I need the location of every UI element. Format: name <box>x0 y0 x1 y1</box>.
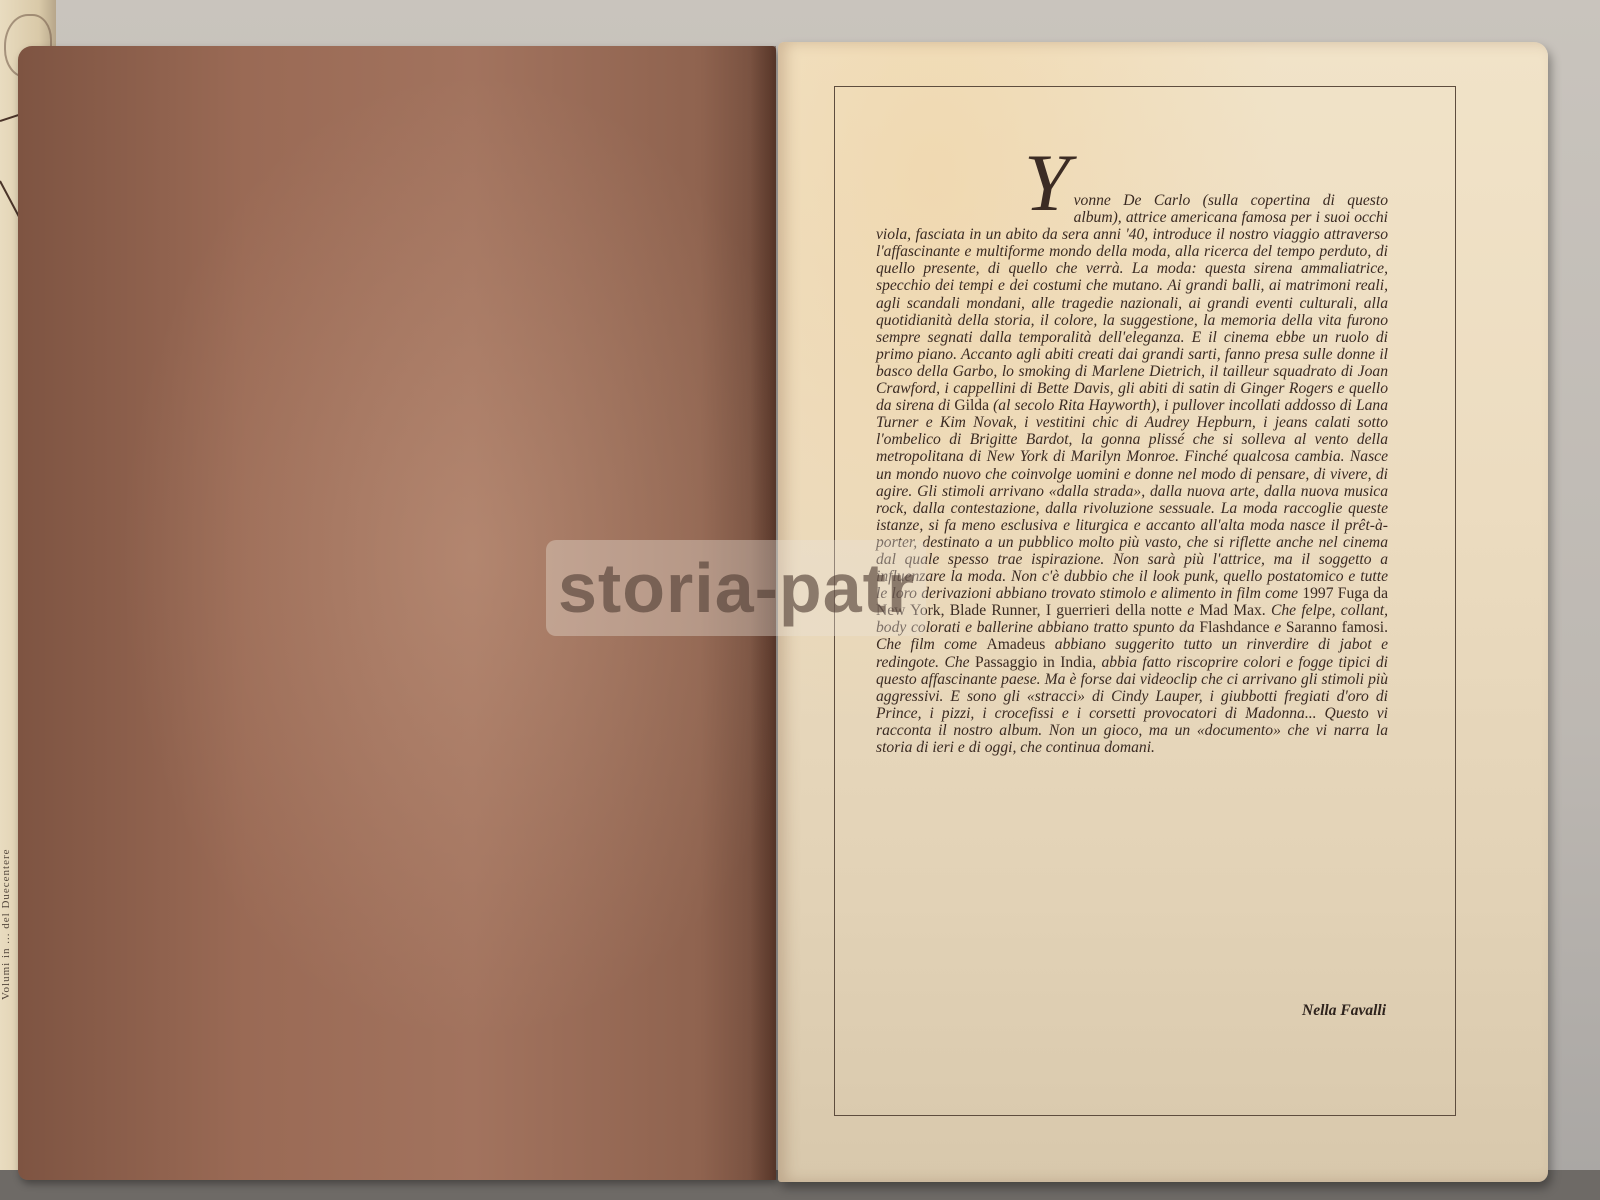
background-edge-text: Volumi in ... del Duecentere <box>0 560 14 1000</box>
drop-cap-spacer <box>876 150 1388 192</box>
text-run: Amadeus <box>986 636 1045 653</box>
text-run: Saranno famosi. <box>1286 619 1388 636</box>
text-run: vonne De Carlo (sulla copertina di quest… <box>876 192 1388 414</box>
drop-cap: Y <box>1024 150 1070 216</box>
watermark: storia-patr <box>546 540 926 636</box>
text-run: Passaggio in India, <box>975 654 1096 671</box>
text-run: Mad Max. <box>1199 602 1265 619</box>
text-run: e <box>1182 602 1199 619</box>
text-run: Che film come <box>876 636 986 653</box>
author-signature: Nella Favalli <box>1236 1002 1386 1020</box>
watermark-text: storia-patr <box>558 548 915 628</box>
text-run: e <box>1270 619 1286 636</box>
text-run: (al secolo Rita Hayworth), i pullover in… <box>876 397 1388 602</box>
text-run: Flashdance <box>1199 619 1269 636</box>
intro-paragraph: vonne De Carlo (sulla copertina di quest… <box>876 192 1388 756</box>
text-run: Gilda <box>954 397 989 414</box>
intro-text: Y vonne De Carlo (sulla copertina di que… <box>876 150 1388 756</box>
